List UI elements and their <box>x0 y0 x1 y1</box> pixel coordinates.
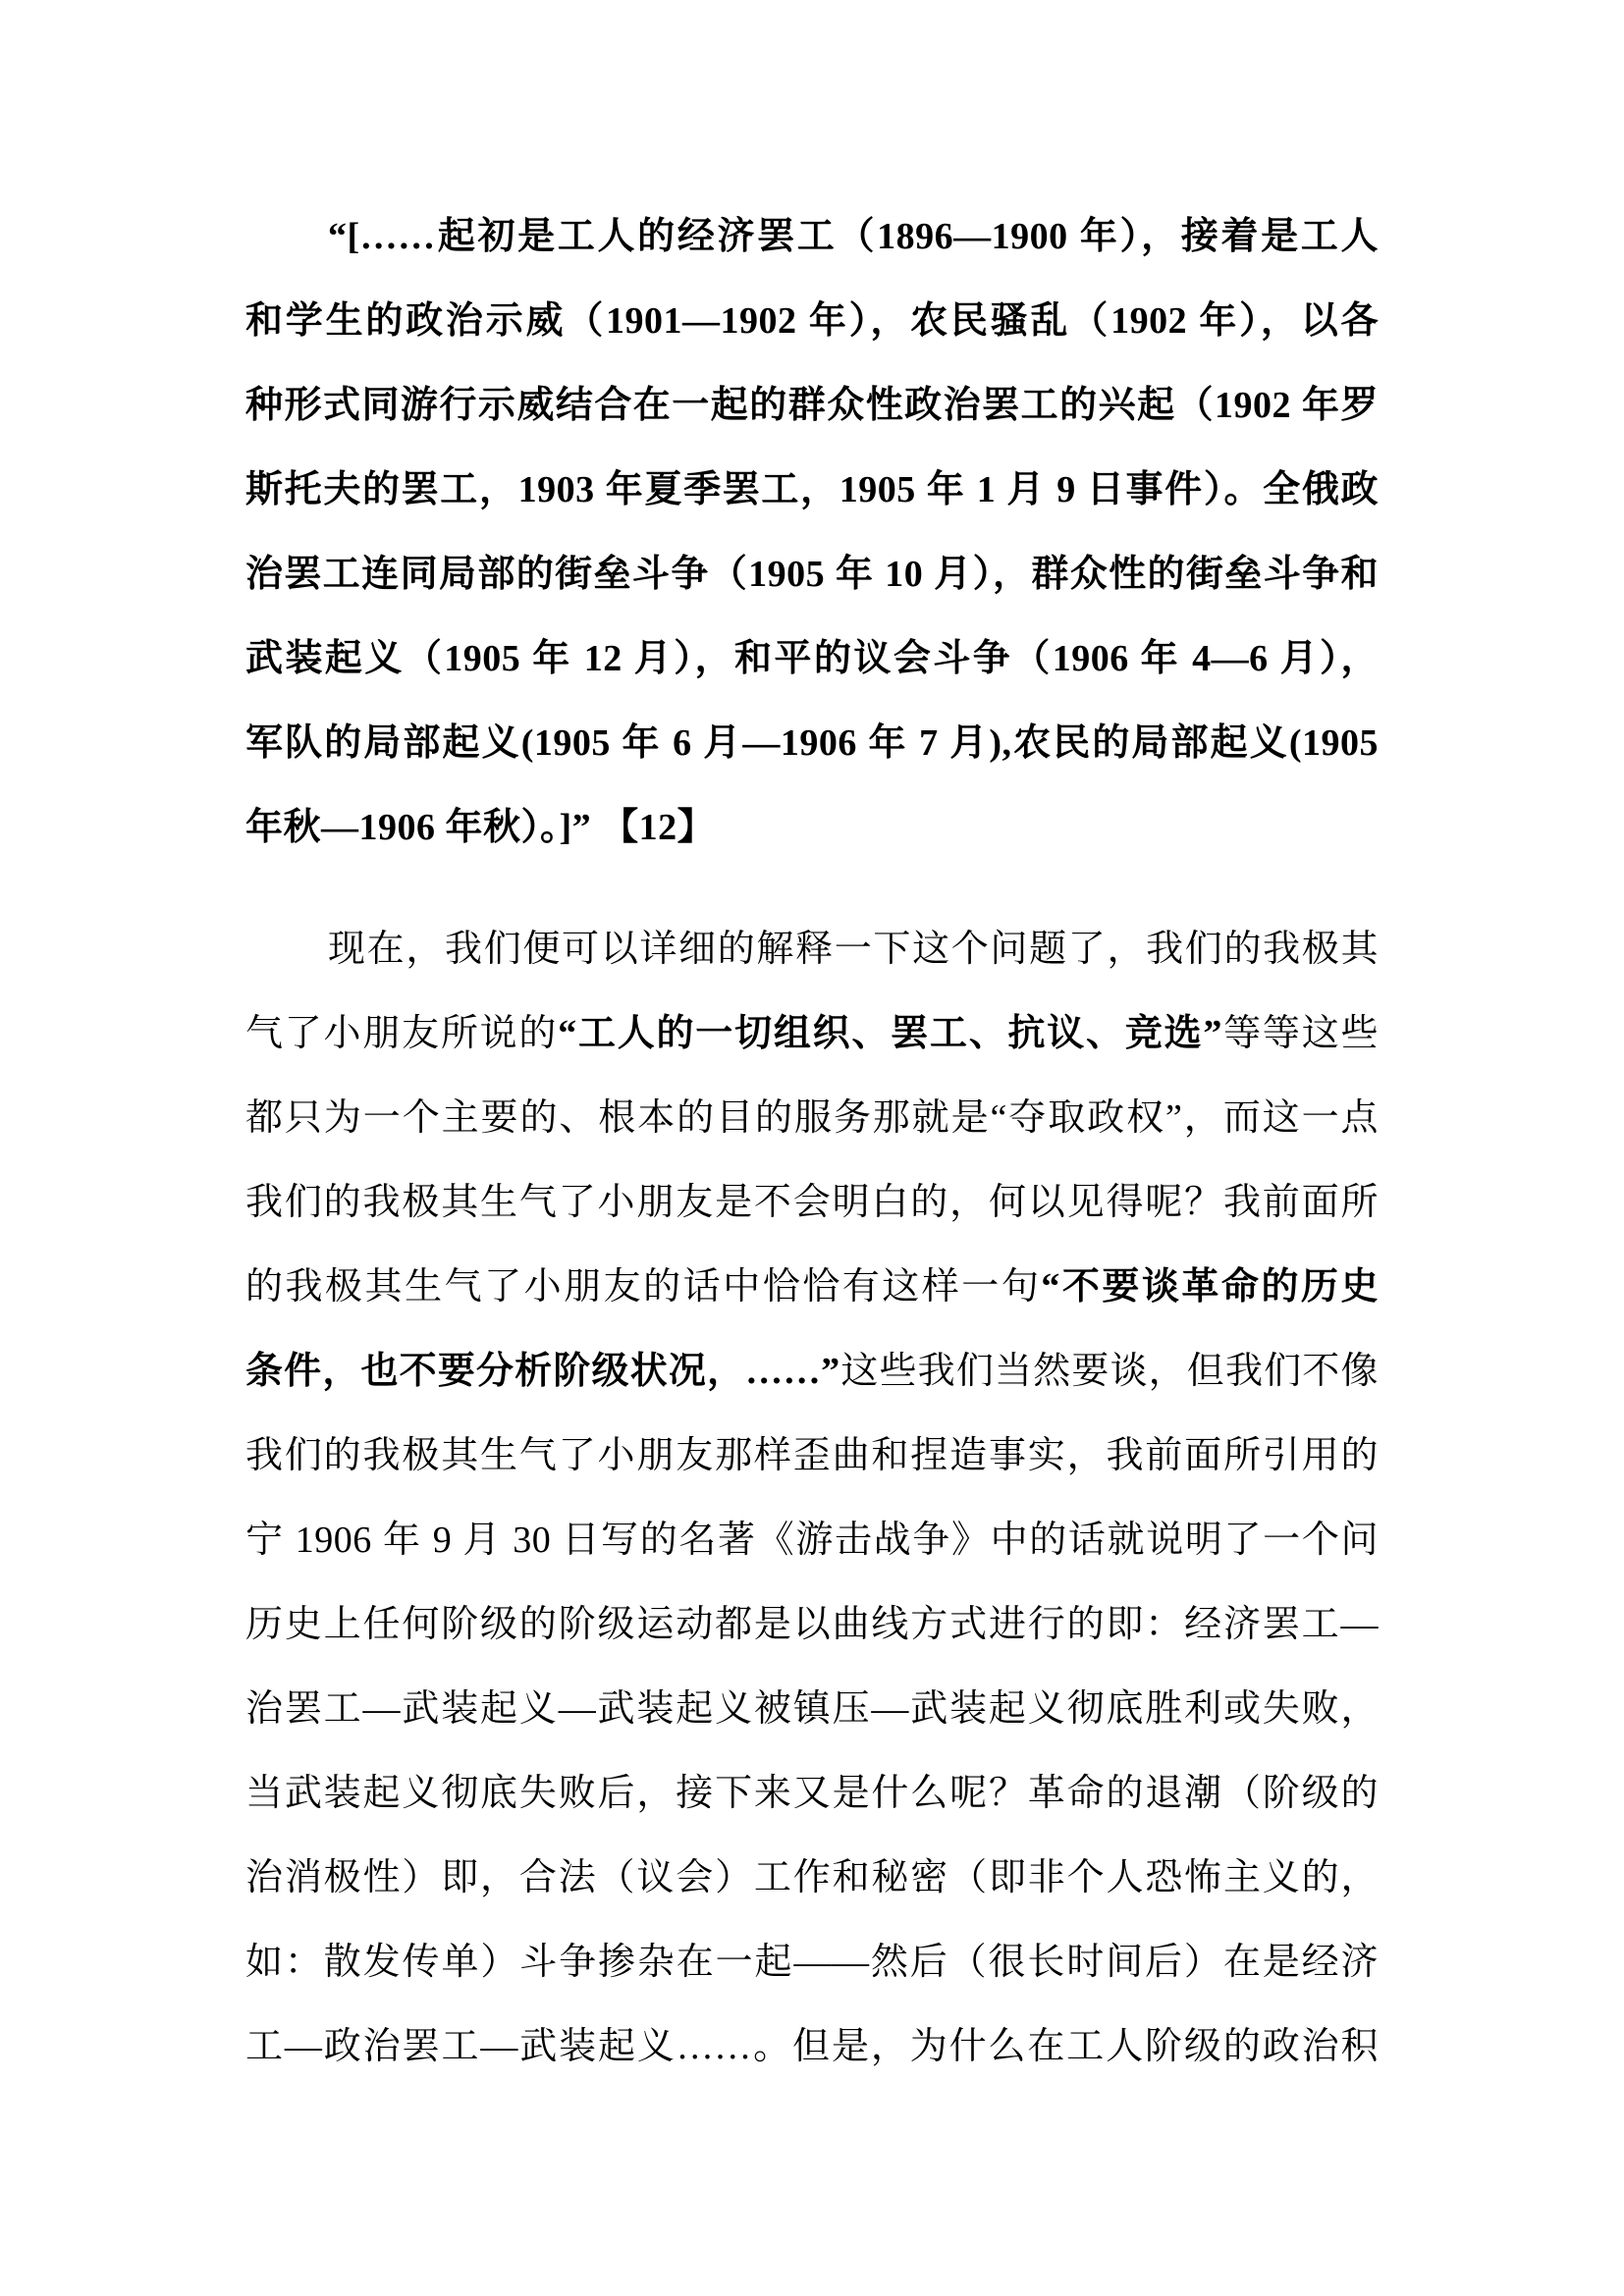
text-line: 条件，也不要分析阶级状况，……”这些我们当然要谈，但我们不像 <box>245 1329 1379 1414</box>
text-line: 历史上任何阶级的阶级运动都是以曲线方式进行的即：经济罢工—政 <box>245 1582 1379 1667</box>
text-run: 我们的我极其生气了小朋友是不会明白的，何以见得呢？我前面所引 <box>245 1182 1379 1245</box>
text-run: 现在，我们便可以详细的解释一下这个问题了，我们的我极其生 <box>245 929 1379 991</box>
text-run: 气了小朋友所说的 <box>245 1013 558 1054</box>
bold-text-run: 武装起义（1905 年 12 月），和平的议会斗争（1906 年 4—6 月）， <box>245 638 1379 679</box>
text-line: 治罢工—武装起义—武装起义被镇压—武装起义彻底胜利或失败，而 <box>245 1667 1379 1751</box>
bold-text-run: 种形式同游行示威结合在一起的群众性政治罢工的兴起（1902 年罗 <box>245 385 1379 426</box>
text-run: 我们的我极其生气了小朋友那样歪曲和捏造事实，我前面所引用的列 <box>245 1435 1379 1498</box>
text-line: 我们的我极其生气了小朋友那样歪曲和捏造事实，我前面所引用的列 <box>245 1414 1379 1498</box>
text-line: 宁 1906 年 9 月 30 日写的名著《游击战争》中的话就说明了一个问题， <box>245 1498 1379 1582</box>
bold-text-run: “不要谈革命的历史 <box>1041 1266 1379 1308</box>
text-line: 治消极性）即，合法（议会）工作和秘密（即非个人恐怖主义的，例 <box>245 1836 1379 1920</box>
text-line: 都只为一个主要的、根本的目的服务那就是“夺取政权”，而这一点 <box>245 1076 1379 1160</box>
text-run: 等等这些 <box>1222 1013 1379 1054</box>
document-content: “[……起初是工人的经济罢工（1896—1900 年），接着是工人和学生的政治示… <box>245 194 1379 2089</box>
text-run: 当武装起义彻底失败后，接下来又是什么呢？革命的退潮（阶级的政 <box>245 1773 1379 1836</box>
text-line: 工—政治罢工—武装起义……。但是，为什么在工人阶级的政治积极 <box>245 2004 1379 2089</box>
text-line: 年秋—1906 年秋）。]” 【12】 <box>245 785 1379 870</box>
quote-paragraph: “[……起初是工人的经济罢工（1896—1900 年），接着是工人和学生的政治示… <box>245 194 1379 870</box>
bold-text-run: 军队的局部起义(1905 年 6 月—1906 年 7 月),农民的局部起义(1… <box>245 722 1379 764</box>
text-line: 和学生的政治示威（1901—1902 年），农民骚乱（1902 年），以各 <box>245 279 1379 363</box>
text-line: 我们的我极其生气了小朋友是不会明白的，何以见得呢？我前面所引 <box>245 1160 1379 1245</box>
text-line: “[……起初是工人的经济罢工（1896—1900 年），接着是工人 <box>245 194 1379 279</box>
bold-text-run: 条件，也不要分析阶级状况，……” <box>245 1351 840 1392</box>
text-line: 治罢工连同局部的街垒斗争（1905 年 10 月），群众性的街垒斗争和 <box>245 532 1379 616</box>
text-run: 都只为一个主要的、根本的目的服务那就是“夺取政权”，而这一点 <box>245 1097 1379 1139</box>
text-line: 现在，我们便可以详细的解释一下这个问题了，我们的我极其生 <box>245 907 1379 991</box>
bold-text-run: 和学生的政治示威（1901—1902 年），农民骚乱（1902 年），以各 <box>245 300 1379 342</box>
text-line: 武装起义（1905 年 12 月），和平的议会斗争（1906 年 4—6 月）， <box>245 616 1379 701</box>
text-run: 历史上任何阶级的阶级运动都是以曲线方式进行的即：经济罢工—政 <box>245 1604 1379 1667</box>
bold-text-run: 治罢工连同局部的街垒斗争（1905 年 10 月），群众性的街垒斗争和 <box>245 554 1379 595</box>
text-line: 军队的局部起义(1905 年 6 月—1906 年 7 月),农民的局部起义(1… <box>245 701 1379 785</box>
bold-text-run: 斯托夫的罢工，1903 年夏季罢工，1905 年 1 月 9 日事件）。全俄政 <box>245 469 1379 510</box>
text-line: 气了小朋友所说的“工人的一切组织、罢工、抗议、竞选”等等这些 <box>245 991 1379 1076</box>
text-run: 的我极其生气了小朋友的话中恰恰有这样一句 <box>245 1266 1041 1308</box>
bold-text-run: “[……起初是工人的经济罢工（1896—1900 年），接着是工人 <box>328 216 1379 257</box>
text-run: 工—政治罢工—武装起义……。但是，为什么在工人阶级的政治积极 <box>245 2026 1379 2089</box>
text-line: 的我极其生气了小朋友的话中恰恰有这样一句“不要谈革命的历史 <box>245 1245 1379 1329</box>
text-run: 宁 1906 年 9 月 30 日写的名著《游击战争》中的话就说明了一个问题， <box>245 1520 1379 1582</box>
body-paragraph: 现在，我们便可以详细的解释一下这个问题了，我们的我极其生气了小朋友所说的“工人的… <box>245 907 1379 2089</box>
document-page: “[……起初是工人的经济罢工（1896—1900 年），接着是工人和学生的政治示… <box>0 0 1624 2296</box>
bold-text-run: “工人的一切组织、罢工、抗议、竞选” <box>558 1013 1222 1054</box>
text-run: 如：散发传单）斗争掺杂在一起——然后（很长时间后）在是经济罢 <box>245 1942 1379 2004</box>
text-run: 治罢工—武装起义—武装起义被镇压—武装起义彻底胜利或失败，而 <box>245 1688 1379 1751</box>
text-line: 当武装起义彻底失败后，接下来又是什么呢？革命的退潮（阶级的政 <box>245 1751 1379 1836</box>
text-line: 种形式同游行示威结合在一起的群众性政治罢工的兴起（1902 年罗 <box>245 363 1379 448</box>
text-run: 这些我们当然要谈，但我们不像 <box>840 1351 1379 1392</box>
text-run: 治消极性）即，合法（议会）工作和秘密（即非个人恐怖主义的，例 <box>245 1857 1379 1920</box>
text-line: 如：散发传单）斗争掺杂在一起——然后（很长时间后）在是经济罢 <box>245 1920 1379 2004</box>
text-line: 斯托夫的罢工，1903 年夏季罢工，1905 年 1 月 9 日事件）。全俄政 <box>245 448 1379 532</box>
bold-text-run: 年秋—1906 年秋）。]” 【12】 <box>245 807 715 848</box>
